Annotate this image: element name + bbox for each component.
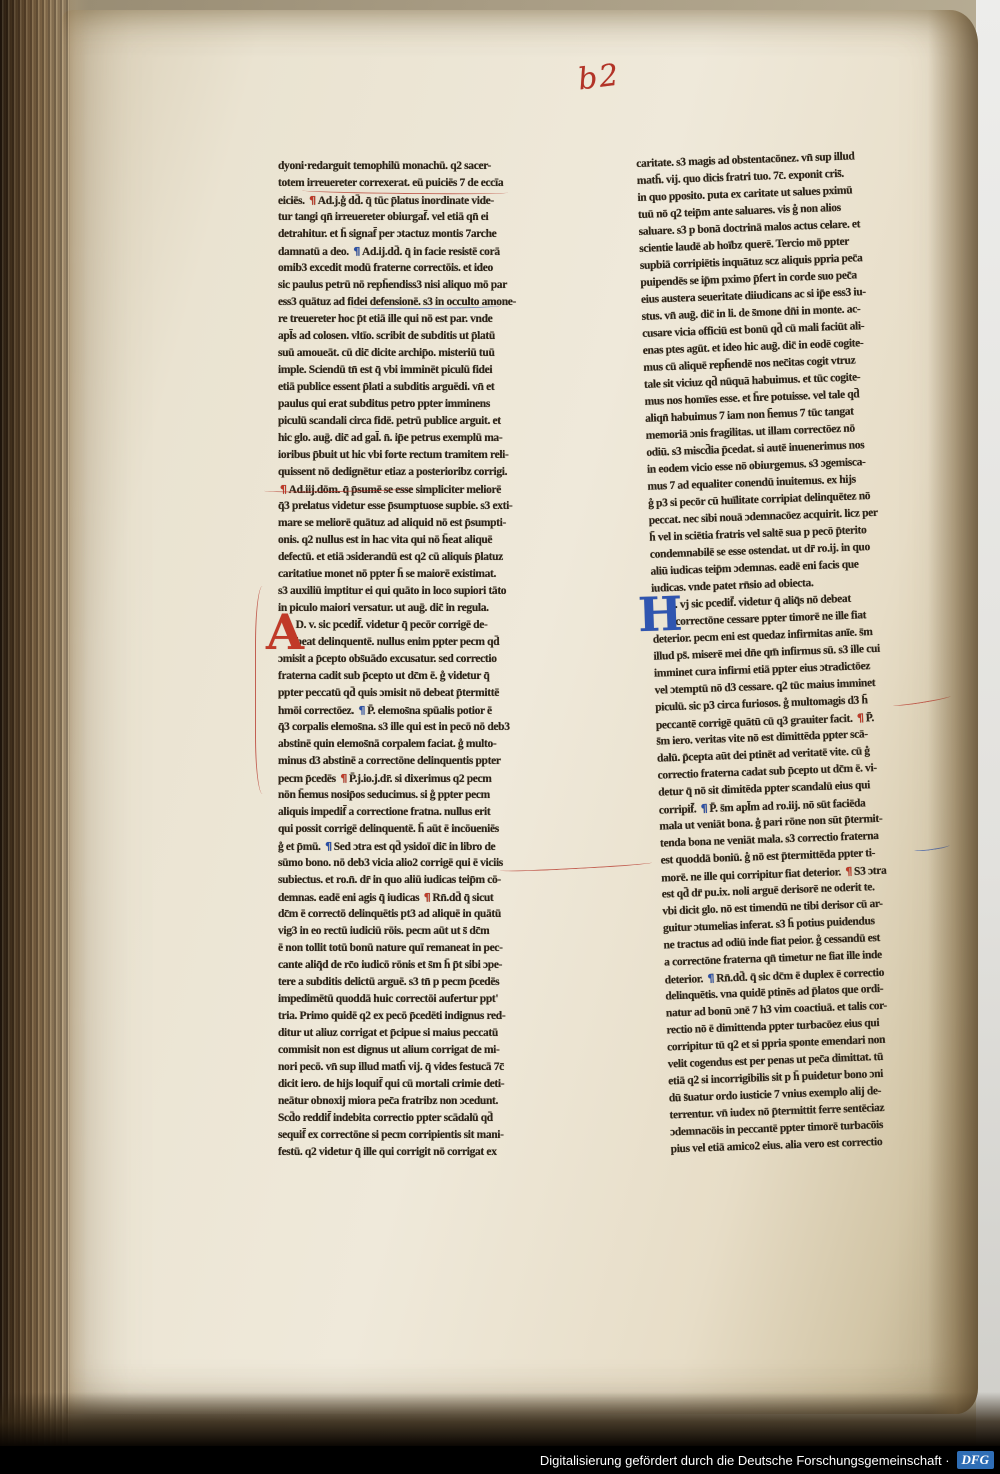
- text-line: defectū. et etiā ɔsiderandū est q2 cū al…: [278, 549, 580, 566]
- text-line: suū amoueāt. cū dic̄ dicite archip̄o. mi…: [278, 345, 580, 362]
- paragraph-mark: ¶: [843, 865, 854, 878]
- text-line: ess3 quātuz ad fidei defensionē. s3 in o…: [278, 294, 580, 311]
- paragraph-mark: ¶: [307, 194, 318, 207]
- paragraph-mark: ¶: [278, 483, 289, 496]
- text-line: damnatū a deo. ¶Ad.ij.dd̄. q̄ in facie r…: [278, 243, 580, 260]
- text-line: paulus qui erat subditus petro ppter imm…: [278, 396, 580, 413]
- text-line: hmōi correctōez. ¶P̄. elemos̄na spūalis …: [278, 702, 580, 719]
- text-line: neātur obnoxij miora pec̄a fratribz non …: [278, 1093, 580, 1110]
- text-line: festū. q2 videtur q̄ ille qui corrigit n…: [278, 1144, 580, 1161]
- text-line: re treuereter hoc p̄t etiā ille qui nō e…: [278, 311, 580, 328]
- text-line: tur tangi qn̄ irreuereter obiurgaf̄. vel…: [278, 209, 580, 226]
- text-line: q̄3 prelatus videtur esse p̄sumptuose su…: [278, 498, 580, 515]
- text-line: vig3 in eo rectū iudiciū rōis. pecm aūt …: [278, 923, 580, 940]
- illuminated-initial-H: H: [637, 591, 683, 640]
- text-line: detrahitur. et h̄ signaf̄ per ɔtactuz mo…: [278, 226, 580, 243]
- text-line: apl̄s ad colosen. vltīo. scribit de subd…: [278, 328, 580, 345]
- text-line: quissent nō dedignētur etiaz a posterior…: [278, 464, 580, 481]
- text-line: beat delinquentē. nullus enim ppter pecm…: [278, 634, 580, 651]
- paragraph-mark: ¶: [323, 840, 334, 853]
- text-line: eiciēs. ¶Ad.j.g̊ dd̄. q̄ tūc p̄latus ino…: [278, 192, 580, 209]
- text-line: impedimētū quoddā huic correctōi aufertu…: [278, 991, 580, 1008]
- paragraph-mark: ¶: [699, 802, 710, 815]
- text-line: g̊ et p̄mū. ¶Sed ɔtra est qd̄ ysidoī dic…: [278, 838, 580, 855]
- text-line: onis. q2 nullus est in hac vita qui nō h…: [278, 532, 580, 549]
- paragraph-mark: ¶: [855, 711, 866, 724]
- paragraph-mark: ¶: [356, 704, 367, 717]
- caption-text: Digitalisierung gefördert durch die Deut…: [540, 1453, 950, 1468]
- text-line: mare se meliorē quātuz ad aliquid nō est…: [278, 515, 580, 532]
- text-line: pecm p̄cedēs ¶P̄.j.io.j.dr̄. si dixerimu…: [278, 770, 580, 787]
- text-line: totem irreuereter correxerat. eū puiciēs…: [278, 175, 580, 192]
- text-line: subiectus. et ro.n̄. dr̄ in quo aliū iud…: [278, 872, 580, 889]
- text-line: tria. Primo quidē q2 ex pecō p̄cedēti in…: [278, 1008, 580, 1025]
- quire-signature: b2: [576, 58, 622, 98]
- book-binding-page-edges: [0, 0, 88, 1446]
- text-line: nōn h̄emus nosip̄os seducimus. si g̊ ppt…: [278, 787, 580, 804]
- text-line: caritatiue monet nō ppter h̄ se maiorē e…: [278, 566, 580, 583]
- text-column-left: A dyoni·redarguit temophilū monachū. q2 …: [278, 158, 580, 1164]
- text-line: sic paulus petrū nō reph̄endiss3 nisi al…: [278, 277, 580, 294]
- text-line: piculū scandali circa fidē. petrū public…: [278, 413, 580, 430]
- text-line: qui possit corrigē delinquentē. h̄ aūt ē…: [278, 821, 580, 838]
- text-line: sūmo bono. nō deb3 vicia alio2 corrigē q…: [278, 855, 580, 872]
- text-line: omib3 excedit modū fraterne correctōis. …: [278, 260, 580, 277]
- text-line: ē non tollit totū bonū nature quī remane…: [278, 940, 580, 957]
- text-line: sequif̄ ex correctōne si pecm corripient…: [278, 1127, 580, 1144]
- photo-bottom-shadow: [0, 1392, 1000, 1446]
- text-line: ¶Ad.iij.dōm. q̄ p̄sumē se esse simplicit…: [278, 481, 580, 498]
- text-line: dyoni·redarguit temophilū monachū. q2 sa…: [278, 158, 580, 175]
- text-line: dc̄m ē correctō delinquētis pt3 ad aliqu…: [278, 906, 580, 923]
- text-line: tere a subditis delictū arguē. s3 tn̄ p …: [278, 974, 580, 991]
- text-line: imple. Sciendū tn̄ est q̄ vbi imminēt pi…: [278, 362, 580, 379]
- text-line: hic glo. auḡ. dic̄ ad gal̄. n̄. ip̄e pet…: [278, 430, 580, 447]
- scanner-background-edge: [976, 0, 1000, 1446]
- text-line: minus d3 abstinē a correctōne delinquent…: [278, 753, 580, 770]
- text-line: ɔmisit a p̄cepto obs̄uādo excusatur. sed…: [278, 651, 580, 668]
- text-line: ditur ut aliuz corrigat et p̄cipue si ma…: [278, 1025, 580, 1042]
- text-line: D. v. sic pcedif̄. videtur q̄ pecōr corr…: [278, 617, 580, 634]
- text-line: Scd̄o reddif̄ indebita correctio ppter s…: [278, 1110, 580, 1127]
- paragraph-mark: ¶: [422, 891, 433, 904]
- paragraph-mark: ¶: [705, 972, 716, 985]
- paragraph-mark: ¶: [338, 772, 349, 785]
- paragraph-mark: ¶: [351, 245, 362, 258]
- text-line: abstinē quin elemos̄nā corpalem faciat. …: [278, 736, 580, 753]
- illuminated-initial-A: A: [266, 608, 304, 657]
- text-line: ppter peccatū qd̄ quis ɔmisit nō debeat …: [278, 685, 580, 702]
- text-line: ioribus p̄buit ut hic vbi forte rectum t…: [278, 447, 580, 464]
- text-line: nori pecō. vn̄ sup illud math̄ vij. q̄ v…: [278, 1059, 580, 1076]
- dfg-logo: DFG: [957, 1451, 994, 1469]
- text-line: cante aliq̄d de rc̄o iudicō rōnis et s̄m…: [278, 957, 580, 974]
- text-column-right: H caritate. s3 magis ad obstentacōnez. v…: [636, 146, 971, 1162]
- digitized-manuscript-scan: b2 A dyoni·redarguit temophilū monachū. …: [0, 0, 1000, 1474]
- text-line: commisit non est dignus ut alium corriga…: [278, 1042, 580, 1059]
- text-line: in piculo maiori versatur. ut auḡ. dic̄ …: [278, 600, 580, 617]
- text-line: etiā publice essent p̄lati a subditis ar…: [278, 379, 580, 396]
- text-line: q̄3 corpalis elemos̄na. s3 ille qui est …: [278, 719, 580, 736]
- text-line: demnas. eadē eni agis q̄ iudicas ¶Rn̄.dd…: [278, 889, 580, 906]
- text-line: fraterna cadit sub p̄cepto ut dc̄m ē. g̊…: [278, 668, 580, 685]
- caption-bar: Digitalisierung gefördert durch die Deut…: [0, 1446, 1000, 1474]
- text-line: s3 auxiliū imptitur ei qui quāto in loco…: [278, 583, 580, 600]
- text-line: aliquis impedif̄ a correctione fratna. n…: [278, 804, 580, 821]
- text-line: dicit iero. de hijs loquif̄ qui cū morta…: [278, 1076, 580, 1093]
